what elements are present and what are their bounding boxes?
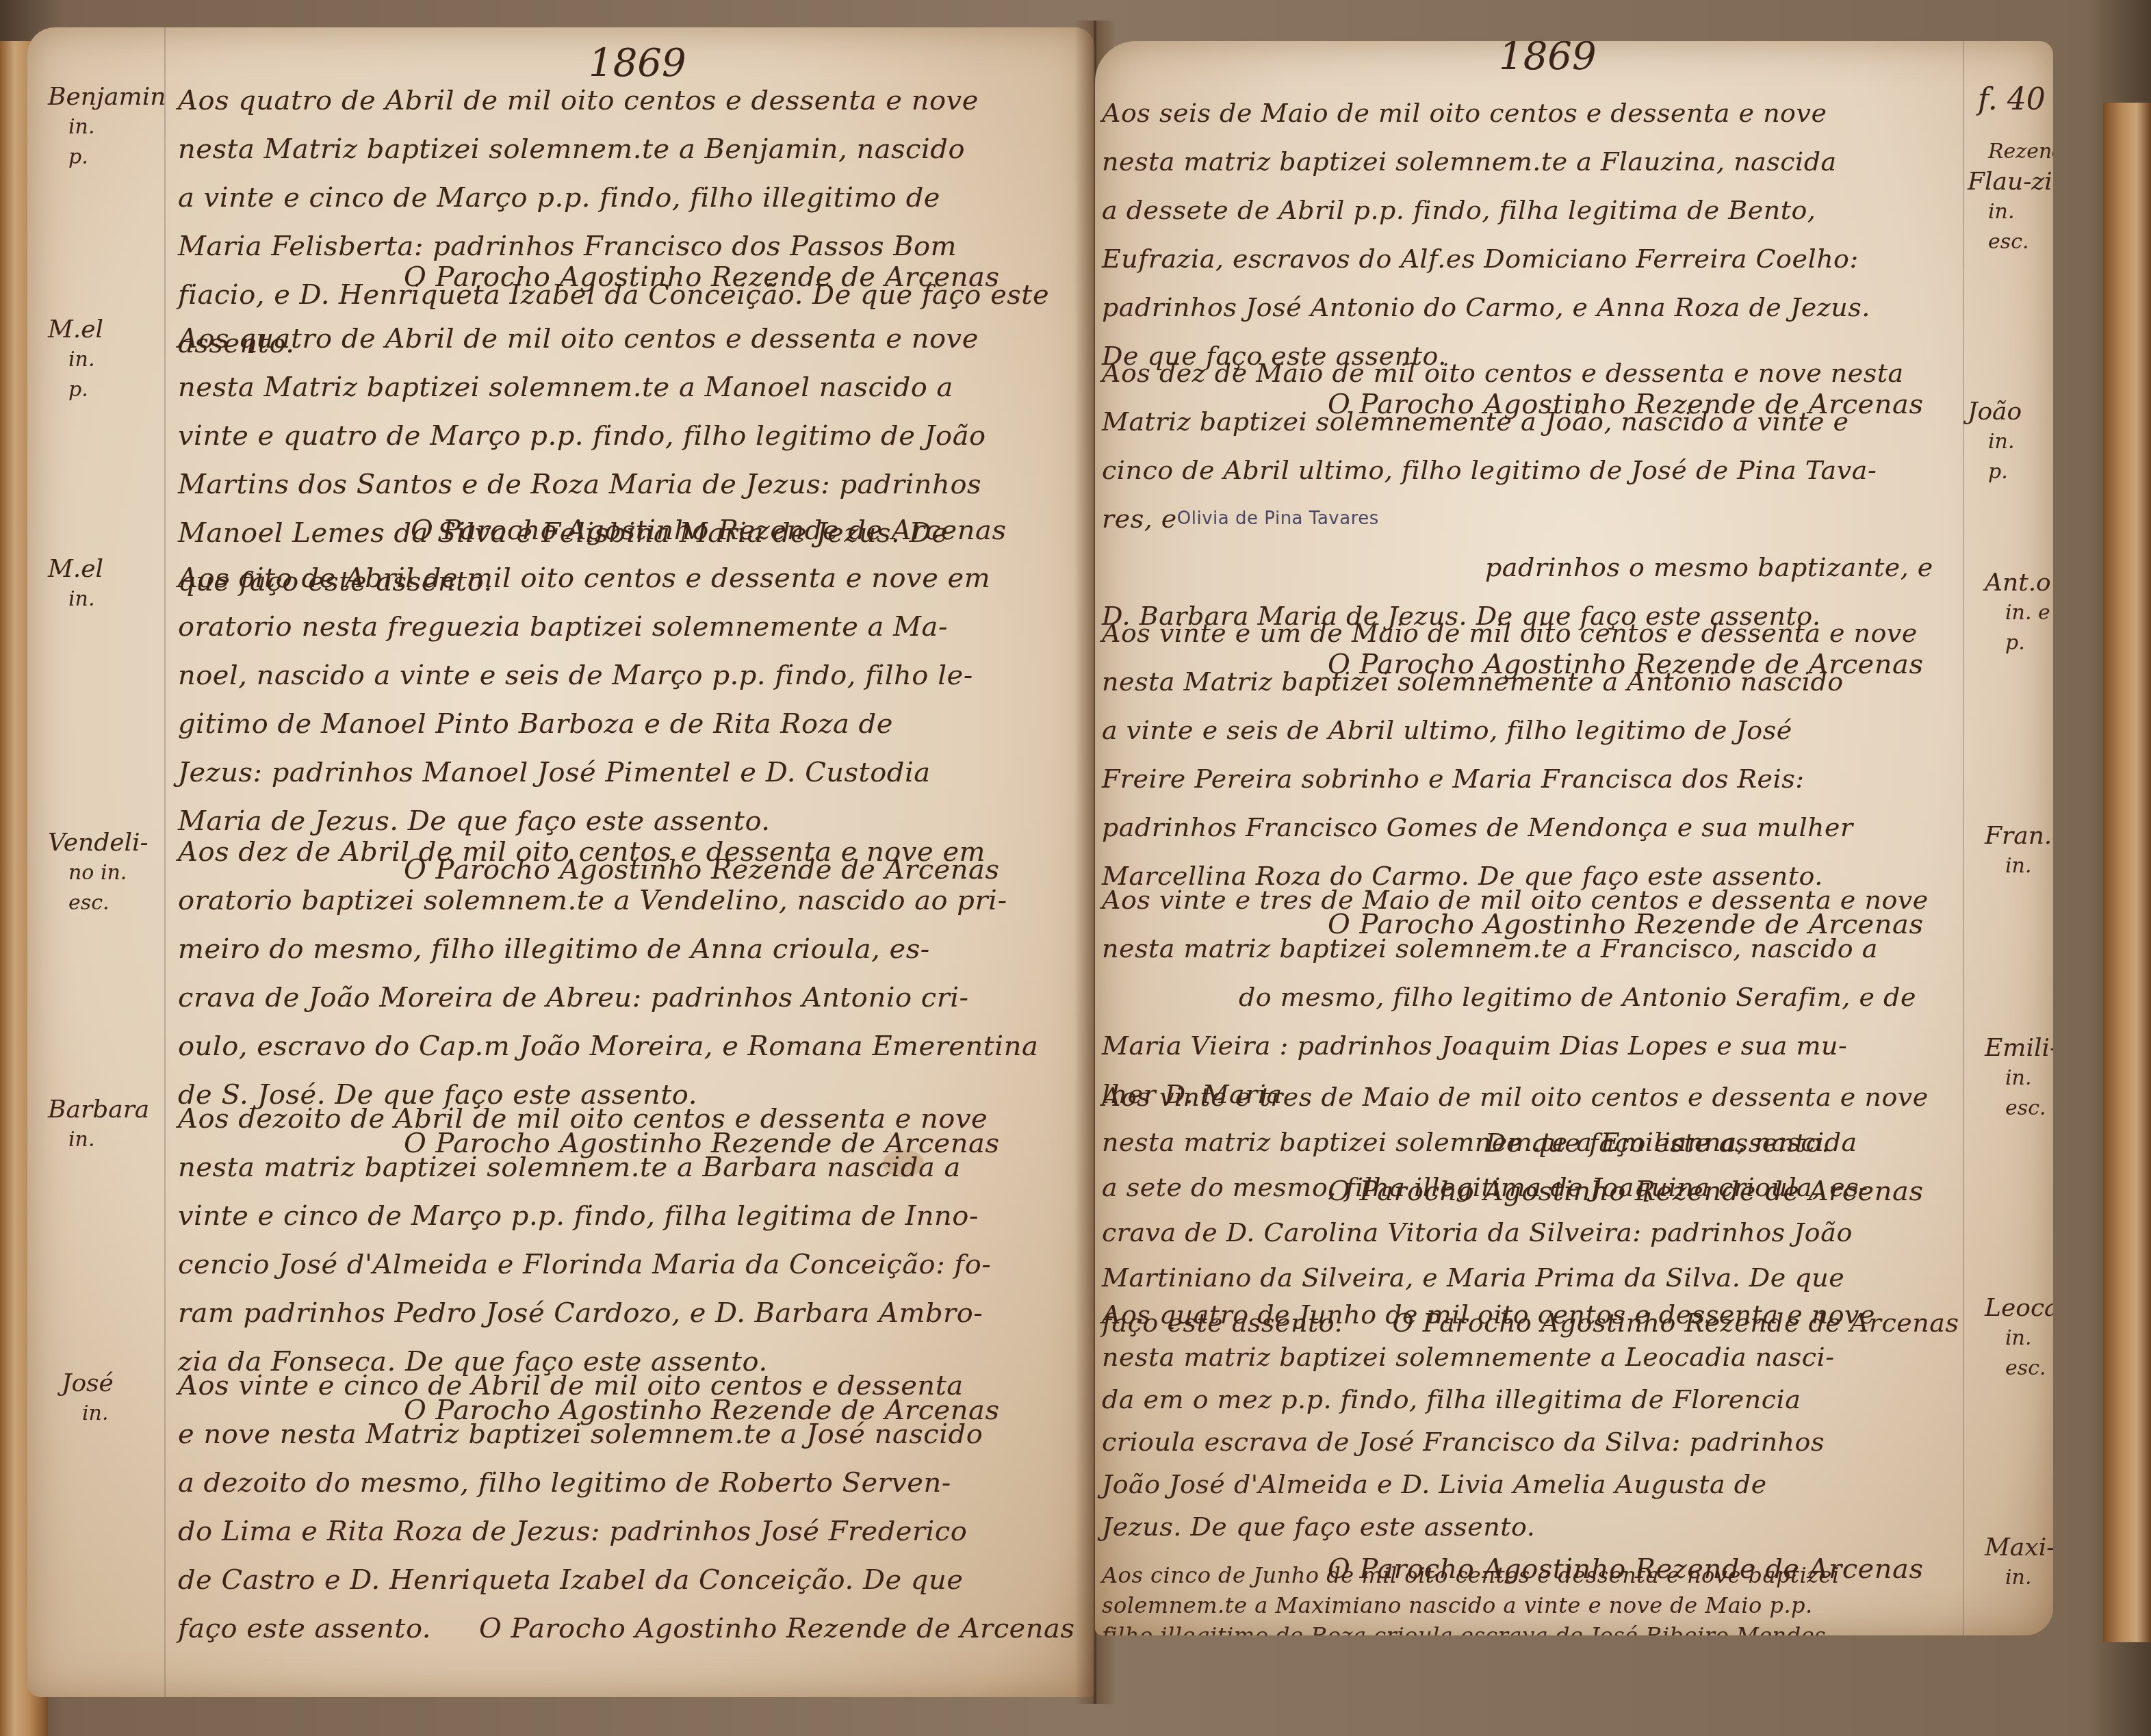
entry-line: e nove nesta Matriz baptizei solemnem.te…: [178, 1410, 983, 1459]
entry-line: a dezoito do mesmo, filho legitimo de Ro…: [178, 1459, 983, 1507]
entry-line: cinco de Abril ultimo, filho legitimo de…: [1102, 446, 1933, 495]
margin-note: p.: [48, 142, 166, 172]
entry-line: oratorio baptizei solemnem.te a Vendelin…: [178, 877, 1038, 925]
margin-note: in.: [62, 1399, 114, 1429]
entry-line: crioula escrava de José Francisco da Sil…: [1102, 1421, 1923, 1463]
entry-line: Jezus: padrinhos Manoel José Pimentel e …: [178, 749, 999, 797]
margin-name: M.el in. p.: [48, 315, 103, 405]
entry-line: Aos quatro de Abril de mil oito centos e…: [178, 77, 1049, 125]
margin-name: Emili-anna in. esc.: [1985, 1033, 2053, 1124]
margin-note: Rezende: [1968, 137, 2053, 167]
entry-line: Aos quatro de Junho de mil oito centos e…: [1102, 1293, 1923, 1336]
signature: O Parocho Agostinho Rezende de Arcenas: [178, 253, 999, 302]
margin-note: p.: [48, 375, 103, 405]
margin-note: in.: [48, 112, 166, 142]
entry-line: Freire Pereira sobrinho e Maria Francisc…: [1102, 755, 1923, 803]
entry-line: crava de D. Carolina Vitoria da Silveira…: [1102, 1210, 1959, 1255]
entry-line: Maria Vieira : padrinhos Joaquim Dias Lo…: [1102, 1022, 1929, 1070]
margin-name: Ant.o in. e p.: [1985, 568, 2051, 658]
margin-note: in.: [1985, 851, 2053, 881]
baptized-name: Barbara: [48, 1096, 149, 1124]
margin-note: in.: [48, 1125, 149, 1155]
entry-line: Aos seis de Maio de mil oito centos e de…: [1102, 89, 1923, 138]
entry-line: meiro do mesmo, filho illegitimo de Anna…: [178, 925, 1038, 974]
parish-priest-signature: O Parocho Agostinho Rezende de Arcenas: [178, 253, 999, 302]
entry-line: cencio José d'Almeida e Florinda Maria d…: [178, 1241, 999, 1289]
entry-line: do Lima e Rita Roza de Jezus: padrinhos …: [178, 1507, 983, 1556]
entry-line: a vinte e seis de Abril ultimo, filho le…: [1102, 706, 1923, 755]
entry-line: Aos dez de Maio de mil oito centos e des…: [1102, 349, 1933, 398]
margin-note: in.: [1985, 1323, 2053, 1353]
entry-line: Aos vinte e tres de Maio de mil oito cen…: [1102, 876, 1929, 924]
entry-line: res, e: [1102, 504, 1177, 534]
entry-line: oratorio nesta freguezia baptizei solemn…: [178, 603, 999, 651]
entry-line: filho illegitimo de Roza crioula escrava…: [1102, 1620, 1840, 1635]
baptized-name: Flau-zina: [1968, 168, 2053, 196]
open-register-book: 1869 Benjamin in. p. Aos quatro de Abril…: [0, 0, 2151, 1736]
baptized-name: Fran.co: [1985, 822, 2053, 850]
baptized-name: M.el: [48, 315, 103, 344]
entry-line: gitimo de Manoel Pinto Barboza e de Rita…: [178, 700, 999, 749]
margin-note: in.: [48, 345, 103, 375]
margin-note: in.: [48, 584, 103, 614]
book-cover-edge-right: [2103, 103, 2151, 1642]
entry-line: de Castro e D. Henriqueta Izabel da Conc…: [178, 1556, 983, 1605]
margin-name: Maxi-miano in.: [1985, 1533, 2053, 1593]
margin-name: Rezende Flau-zina in. esc.: [1968, 137, 2053, 257]
entry-line: Aos quatro de Abril de mil oito centos e…: [178, 315, 986, 363]
baptized-name: Emili-anna: [1985, 1034, 2053, 1062]
entry-line: da em o mez p.p. findo, filha illegitima…: [1102, 1378, 1923, 1421]
margin-name: Fran.co in.: [1985, 821, 2053, 881]
margin-rule: [1963, 41, 1964, 1635]
baptized-name: Benjamin: [48, 83, 166, 111]
baptized-name: Vendeli-: [48, 829, 149, 857]
margin-note: in.: [1985, 1063, 2053, 1093]
entry-line: do mesmo, filho legitimo de Antonio Sera…: [1102, 973, 1929, 1022]
baptized-name: Ant.o: [1985, 569, 2051, 597]
entry-line: padrinhos José Antonio do Carmo, e Anna …: [1102, 283, 1923, 332]
entry-line: vinte e cinco de Março p.p. findo, filha…: [178, 1192, 999, 1241]
entry-line: Aos vinte e tres de Maio de mil oito cen…: [1102, 1074, 1959, 1119]
entry-line: nesta Matriz baptizei solemnem.te a Mano…: [178, 363, 986, 412]
entry-line: ram padrinhos Pedro José Cardozo, e D. B…: [178, 1289, 999, 1338]
parish-priest-signature: O Parocho Agostinho Rezende de Arcenas: [411, 506, 1006, 555]
folio-number: f. 40: [1978, 82, 2046, 117]
baptized-name: Leoca-dia: [1985, 1294, 2053, 1322]
entry-line: a vinte e cinco de Março p.p. findo, fil…: [178, 174, 1049, 222]
year-header: 1869: [1499, 41, 1597, 79]
margin-note: p.: [1985, 628, 2051, 658]
margin-name: Barbara in.: [48, 1095, 149, 1155]
entry-line: oulo, escravo do Cap.m João Moreira, e R…: [178, 1022, 1038, 1071]
entry-line: solemnem.te a Maximiano nascido a vinte …: [1102, 1590, 1840, 1620]
margin-note: in.: [1985, 1563, 2053, 1593]
margin-note: esc.: [1985, 1093, 2053, 1124]
margin-name: José in.: [62, 1369, 114, 1429]
entry-line: Aos vinte e cinco de Abril de mil oito c…: [178, 1362, 983, 1410]
signature: O Parocho Agostinho Rezende de Arcenas: [479, 1605, 1074, 1653]
baptized-name: José: [62, 1369, 114, 1397]
entry-line: Matriz baptizei solemnemente a João, nas…: [1102, 398, 1933, 446]
margin-name: M.el in.: [48, 554, 103, 614]
margin-name: Vendeli- no in. esc.: [48, 828, 149, 918]
entry-line: padrinhos o mesmo baptizante, e: [1102, 543, 1933, 592]
entry-line: Aos dezoito de Abril de mil oito centos …: [178, 1095, 999, 1143]
margin-name: João in. p.: [1968, 397, 2022, 487]
baptism-entry: Aos cinco de Junho de mil oito centos e …: [1102, 1560, 1840, 1635]
entry-line: a dessete de Abril p.p. findo, filha leg…: [1102, 186, 1923, 235]
margin-note: p.: [1968, 457, 2022, 487]
margin-note: no in.: [48, 858, 149, 888]
right-page: 1869 f. 40 Aos seis de Maio de mil oito …: [1095, 41, 2053, 1635]
margin-name: Benjamin in. p.: [48, 82, 166, 172]
entry-line: noel, nascido a vinte e seis de Março p.…: [178, 651, 999, 700]
margin-note: esc.: [1985, 1353, 2053, 1384]
signature: O Parocho Agostinho Rezende de Arcenas: [411, 506, 1006, 555]
entry-line: vinte e quatro de Março p.p. findo, filh…: [178, 412, 986, 461]
margin-name: Leoca-dia in. esc.: [1985, 1293, 2053, 1384]
margin-note: in.: [1968, 197, 2053, 227]
entry-line: nesta matriz baptizei solemnemente a Leo…: [1102, 1336, 1923, 1378]
entry-line: nesta matriz baptizei solemnem.te a Barb…: [178, 1143, 999, 1192]
entry-line: padrinhos Francisco Gomes de Mendonça e …: [1102, 803, 1923, 852]
entry-line: Aos vinte e um de Maio de mil oito cento…: [1102, 609, 1923, 658]
entry-line: nesta matriz baptizei solemnem.te a Fran…: [1102, 924, 1929, 973]
entry-line: Jezus. De que faço este assento.: [1102, 1505, 1923, 1548]
entry-line: João José d'Almeida e D. Livia Amelia Au…: [1102, 1463, 1923, 1505]
entry-line: Aos cinco de Junho de mil oito centos e …: [1102, 1560, 1840, 1590]
margin-rule: [164, 27, 166, 1697]
baptized-name: M.el: [48, 555, 103, 583]
margin-note: in.: [1968, 427, 2022, 457]
entry-line: a sete do mesmo, filha illegitima de Joa…: [1102, 1165, 1959, 1210]
entry-line: nesta Matriz baptizei solemnemente a Ant…: [1102, 658, 1923, 706]
entry-line: nesta matriz baptizei solemnem.te a Flau…: [1102, 138, 1923, 186]
left-page: 1869 Benjamin in. p. Aos quatro de Abril…: [27, 27, 1095, 1697]
entry-line: nesta matriz baptizei solemnem.te a Emil…: [1102, 1119, 1959, 1165]
entry-line: Martins dos Santos e de Roza Maria de Je…: [178, 461, 986, 509]
entry-line: Aos oito de Abril de mil oito centos e d…: [178, 554, 999, 603]
baptized-name: Maxi-miano: [1985, 1533, 2053, 1562]
entry-line: Eufrazia, escravos do Alf.es Domiciano F…: [1102, 235, 1923, 283]
baptized-name: João: [1968, 398, 2022, 426]
margin-note: esc.: [48, 888, 149, 918]
margin-note: in. e: [1985, 598, 2051, 628]
entry-line: crava de João Moreira de Abreu: padrinho…: [178, 974, 1038, 1022]
pencil-annotation: Olivia de Pina Tavares: [1177, 495, 1379, 543]
baptism-entry: Aos quatro de Junho de mil oito centos e…: [1102, 1293, 1923, 1590]
entry-line: nesta Matriz baptizei solemnem.te a Benj…: [178, 125, 1049, 174]
parish-priest-signature: O Parocho Agostinho Rezende de Arcenas: [479, 1605, 1074, 1653]
margin-note: esc.: [1968, 227, 2053, 257]
entry-line: Aos dez de Abril de mil oito centos e de…: [178, 828, 1038, 877]
